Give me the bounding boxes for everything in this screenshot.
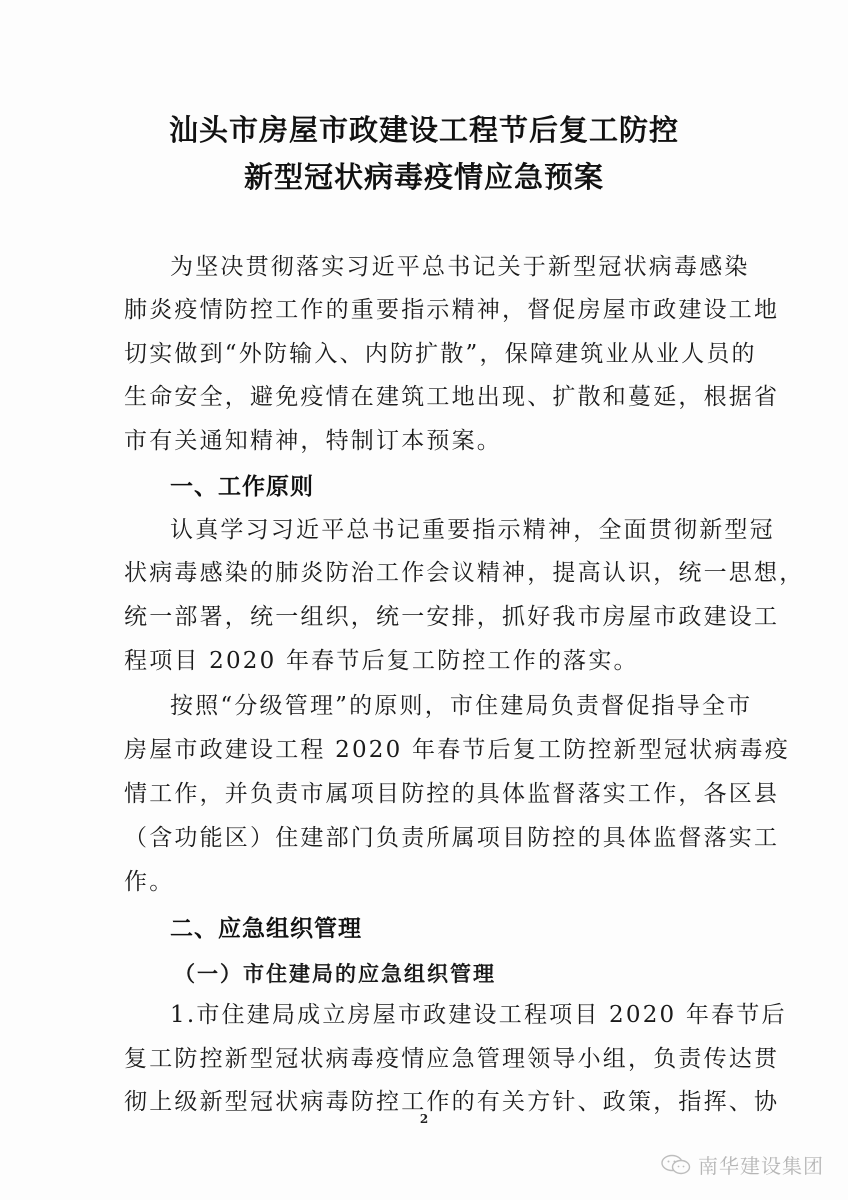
- page-number: 2: [0, 1112, 848, 1126]
- intro-line-5: 市有关通知精神，特制订本预案。: [124, 422, 502, 455]
- intro-line-3: 切实做到“外防输入、内防扩散”，保障建筑业从业人员的: [124, 335, 757, 368]
- section-1-para-1-line-3: 统一部署，统一组织，统一安排，抓好我市房屋市政建设工: [124, 598, 779, 631]
- section-1-para-2-line-3: 情工作，并负责市属项目防控的具体监督落实工作，各区县: [124, 775, 779, 808]
- section-2-subheading: （一）市住建局的应急组织管理: [174, 958, 496, 988]
- section-1-para-2-line-2: 房屋市政建设工程 2020 年春节后复工防控新型冠状病毒疫: [124, 731, 790, 764]
- intro-line-1: 为坚决贯彻落实习近平总书记关于新型冠状病毒感染: [170, 248, 750, 281]
- section-1-para-2-line-5: 作。: [124, 863, 174, 896]
- section-2-para-1-line-1: 1.市住建局成立房屋市政建设工程项目 2020 年春节后: [170, 996, 787, 1029]
- section-1-para-2-line-4: （含功能区）住建部门负责所属项目防控的具体监督落实工: [124, 819, 779, 852]
- section-1-para-1-line-4: 程项目 2020 年春节后复工防控工作的落实。: [124, 642, 639, 675]
- document-title-line-1: 汕头市房屋市政建设工程节后复工防控: [0, 108, 848, 149]
- section-2-heading: 二、应急组织管理: [170, 910, 362, 943]
- intro-line-4: 生命安全，避免疫情在建筑工地出现、扩散和蔓延，根据省: [124, 378, 779, 411]
- intro-line-2: 肺炎疫情防控工作的重要指示精神，督促房屋市政建设工地: [124, 291, 779, 324]
- document-title-line-2: 新型冠状病毒疫情应急预案: [0, 155, 848, 196]
- section-2-para-1-line-2: 复工防控新型冠状病毒疫情应急管理领导小组，负责传达贯: [124, 1040, 779, 1073]
- wechat-icon: [660, 1154, 692, 1176]
- section-1-para-2-line-1: 按照“分级管理”的原则，市住建局负责督促指导全市: [170, 687, 752, 720]
- watermark-text: 南华建设集团: [698, 1150, 824, 1179]
- section-1-para-1-line-1: 认真学习习近平总书记重要指示精神，全面贯彻新型冠: [170, 511, 775, 544]
- section-1-heading: 一、工作原则: [170, 468, 314, 501]
- watermark: 南华建设集团: [660, 1150, 824, 1179]
- section-1-para-1-line-2: 状病毒感染的肺炎防治工作会议精神，提高认识，统一思想，: [124, 554, 804, 587]
- document-page: 汕头市房屋市政建设工程节后复工防控 新型冠状病毒疫情应急预案 为坚决贯彻落实习近…: [0, 0, 848, 1200]
